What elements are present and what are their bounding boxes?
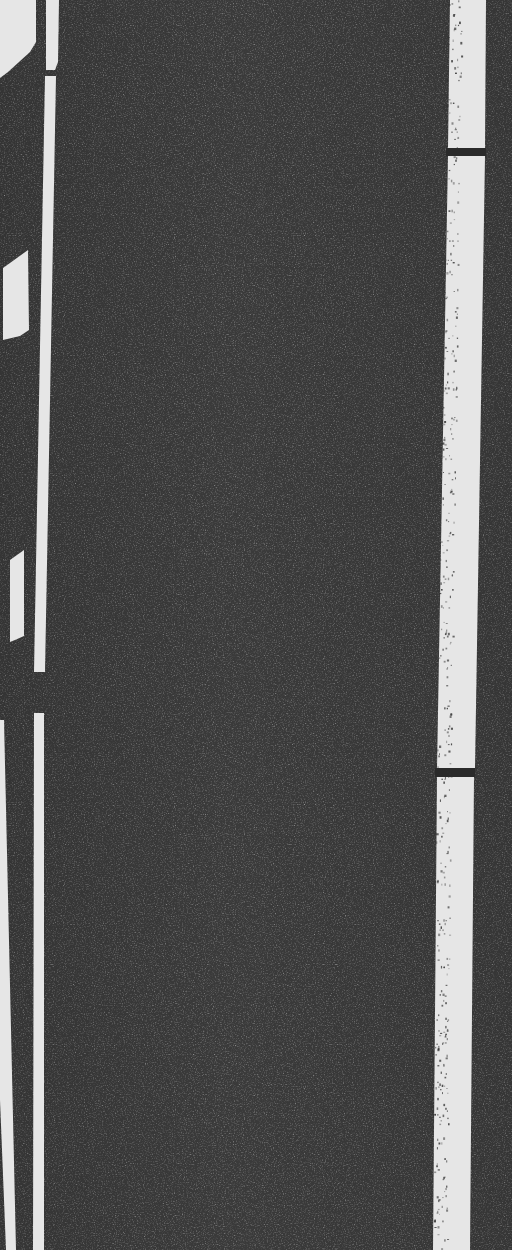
road-aerial-photo (0, 0, 512, 1250)
lane-dash-1 (46, 0, 59, 70)
right-edge-joint-2 (435, 768, 475, 777)
lane-dash-3 (33, 713, 44, 1250)
right-edge-line-segment-3 (433, 777, 474, 1250)
right-edge-line-segment-1 (448, 0, 486, 148)
painted-island-lower (10, 550, 24, 642)
right-edge-joint-1 (446, 148, 486, 156)
